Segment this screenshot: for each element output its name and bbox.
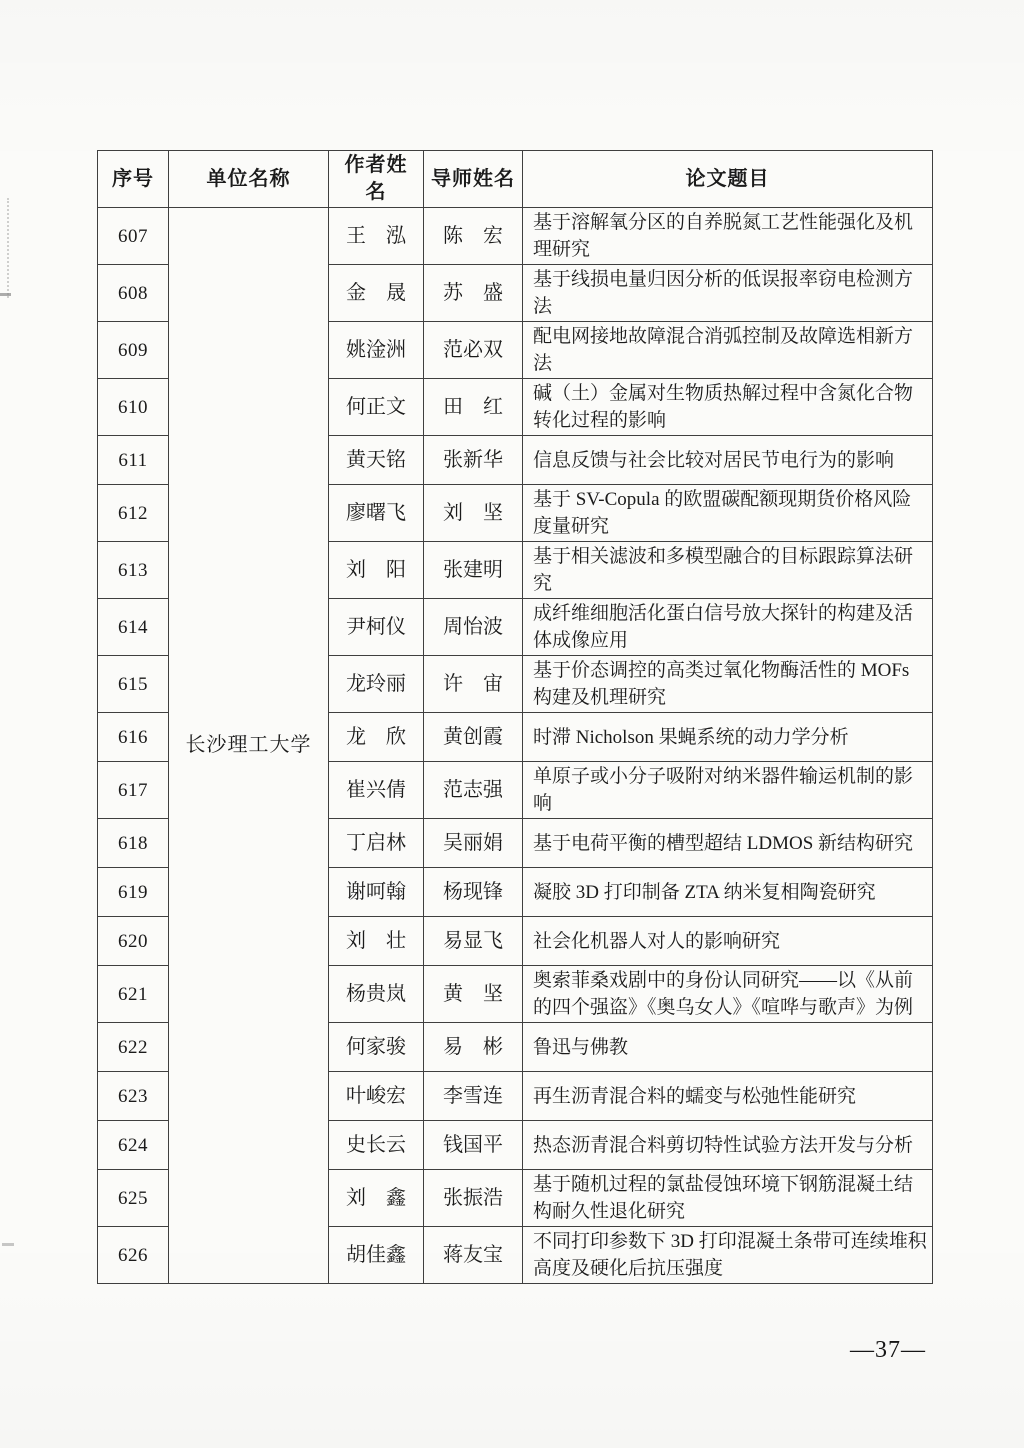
author-name-cell: 谢呵翰	[329, 868, 424, 917]
thesis-title-cell: 再生沥青混合料的蠕变与松弛性能研究	[523, 1072, 933, 1121]
serial-number-cell: 626	[98, 1227, 169, 1284]
unit-name-cell: 长沙理工大学	[169, 208, 329, 1284]
author-name-cell: 金 晟	[329, 265, 424, 322]
supervisor-name-cell: 范必双	[424, 322, 523, 379]
supervisor-name-cell: 许 宙	[424, 656, 523, 713]
serial-number-cell: 608	[98, 265, 169, 322]
author-name-cell: 刘 阳	[329, 542, 424, 599]
thesis-title-cell: 基于相关滤波和多模型融合的目标跟踪算法研究	[523, 542, 933, 599]
header-cell-author: 作者姓名	[329, 151, 424, 208]
thesis-title-cell: 鲁迅与佛教	[523, 1023, 933, 1072]
serial-number-cell: 609	[98, 322, 169, 379]
author-name-cell: 何正文	[329, 379, 424, 436]
serial-number-cell: 607	[98, 208, 169, 265]
scan-mark	[7, 198, 9, 298]
serial-number-cell: 614	[98, 599, 169, 656]
supervisor-name-cell: 李雪连	[424, 1072, 523, 1121]
thesis-list-table: 序号 单位名称 作者姓名 导师姓名 论文题目 607 长沙理工大学王 泓 陈 宏…	[97, 150, 933, 1284]
serial-number-cell: 622	[98, 1023, 169, 1072]
serial-number-cell: 620	[98, 917, 169, 966]
thesis-title-cell: 凝胶 3D 打印制备 ZTA 纳米复相陶瓷研究	[523, 868, 933, 917]
serial-number-cell: 610	[98, 379, 169, 436]
thesis-title-cell: 社会化机器人对人的影响研究	[523, 917, 933, 966]
supervisor-name-cell: 张新华	[424, 436, 523, 485]
thesis-title-cell: 基于随机过程的氯盐侵蚀环境下钢筋混凝土结构耐久性退化研究	[523, 1170, 933, 1227]
scanned-document-page: 序号 单位名称 作者姓名 导师姓名 论文题目 607 长沙理工大学王 泓 陈 宏…	[0, 0, 1024, 1448]
author-name-cell: 姚淦洲	[329, 322, 424, 379]
supervisor-name-cell: 刘 坚	[424, 485, 523, 542]
header-cell-supervisor: 导师姓名	[424, 151, 523, 208]
supervisor-name-cell: 张振浩	[424, 1170, 523, 1227]
serial-number-cell: 617	[98, 762, 169, 819]
serial-number-cell: 616	[98, 713, 169, 762]
author-name-cell: 刘 鑫	[329, 1170, 424, 1227]
author-name-cell: 尹柯仪	[329, 599, 424, 656]
scan-mark	[2, 1243, 14, 1246]
author-name-cell: 史长云	[329, 1121, 424, 1170]
thesis-title-cell: 碱（土）金属对生物质热解过程中含氮化合物转化过程的影响	[523, 379, 933, 436]
table-row: 607 长沙理工大学王 泓 陈 宏 基于溶解氧分区的自养脱氮工艺性能强化及机理研…	[98, 208, 933, 265]
thesis-title-cell: 时滞 Nicholson 果蝇系统的动力学分析	[523, 713, 933, 762]
supervisor-name-cell: 黄创霞	[424, 713, 523, 762]
thesis-title-cell: 基于 SV-Copula 的欧盟碳配额现期货价格风险度量研究	[523, 485, 933, 542]
serial-number-cell: 624	[98, 1121, 169, 1170]
author-name-cell: 龙玲丽	[329, 656, 424, 713]
supervisor-name-cell: 钱国平	[424, 1121, 523, 1170]
thesis-title-cell: 成纤维细胞活化蛋白信号放大探针的构建及活体成像应用	[523, 599, 933, 656]
scan-mark	[0, 293, 11, 296]
header-cell-title: 论文题目	[523, 151, 933, 208]
author-name-cell: 龙 欣	[329, 713, 424, 762]
thesis-title-cell: 基于价态调控的高类过氧化物酶活性的 MOFs 构建及机理研究	[523, 656, 933, 713]
serial-number-cell: 613	[98, 542, 169, 599]
table-header-row: 序号 单位名称 作者姓名 导师姓名 论文题目	[98, 151, 933, 208]
serial-number-cell: 625	[98, 1170, 169, 1227]
author-name-cell: 丁启林	[329, 819, 424, 868]
serial-number-cell: 618	[98, 819, 169, 868]
serial-number-cell: 611	[98, 436, 169, 485]
author-name-cell: 杨贵岚	[329, 966, 424, 1023]
supervisor-name-cell: 杨现锋	[424, 868, 523, 917]
serial-number-cell: 623	[98, 1072, 169, 1121]
author-name-cell: 廖曙飞	[329, 485, 424, 542]
thesis-title-cell: 配电网接地故障混合消弧控制及故障选相新方法	[523, 322, 933, 379]
supervisor-name-cell: 周怡波	[424, 599, 523, 656]
supervisor-name-cell: 陈 宏	[424, 208, 523, 265]
author-name-cell: 何家骏	[329, 1023, 424, 1072]
supervisor-name-cell: 吴丽娟	[424, 819, 523, 868]
header-cell-serial: 序号	[98, 151, 169, 208]
supervisor-name-cell: 苏 盛	[424, 265, 523, 322]
serial-number-cell: 621	[98, 966, 169, 1023]
thesis-title-cell: 信息反馈与社会比较对居民节电行为的影响	[523, 436, 933, 485]
author-name-cell: 叶峻宏	[329, 1072, 424, 1121]
thesis-title-cell: 热态沥青混合料剪切特性试验方法开发与分析	[523, 1121, 933, 1170]
header-cell-unit: 单位名称	[169, 151, 329, 208]
author-name-cell: 黄天铭	[329, 436, 424, 485]
thesis-title-cell: 基于电荷平衡的槽型超结 LDMOS 新结构研究	[523, 819, 933, 868]
thesis-title-cell: 基于溶解氧分区的自养脱氮工艺性能强化及机理研究	[523, 208, 933, 265]
table-body: 607 长沙理工大学王 泓 陈 宏 基于溶解氧分区的自养脱氮工艺性能强化及机理研…	[98, 208, 933, 1284]
supervisor-name-cell: 田 红	[424, 379, 523, 436]
page-number: —37—	[833, 1337, 943, 1364]
supervisor-name-cell: 范志强	[424, 762, 523, 819]
author-name-cell: 崔兴倩	[329, 762, 424, 819]
author-name-cell: 王 泓	[329, 208, 424, 265]
serial-number-cell: 615	[98, 656, 169, 713]
supervisor-name-cell: 易 彬	[424, 1023, 523, 1072]
thesis-title-cell: 不同打印参数下 3D 打印混凝土条带可连续堆积高度及硬化后抗压强度	[523, 1227, 933, 1284]
supervisor-name-cell: 张建明	[424, 542, 523, 599]
thesis-title-cell: 奥索菲桑戏剧中的身份认同研究——以《从前的四个强盗》《奥乌女人》《喧哗与歌声》为…	[523, 966, 933, 1023]
supervisor-name-cell: 易显飞	[424, 917, 523, 966]
thesis-title-cell: 基于线损电量归因分析的低误报率窃电检测方法	[523, 265, 933, 322]
serial-number-cell: 619	[98, 868, 169, 917]
author-name-cell: 胡佳鑫	[329, 1227, 424, 1284]
author-name-cell: 刘 壮	[329, 917, 424, 966]
thesis-title-cell: 单原子或小分子吸附对纳米器件输运机制的影响	[523, 762, 933, 819]
supervisor-name-cell: 蒋友宝	[424, 1227, 523, 1284]
supervisor-name-cell: 黄 坚	[424, 966, 523, 1023]
serial-number-cell: 612	[98, 485, 169, 542]
